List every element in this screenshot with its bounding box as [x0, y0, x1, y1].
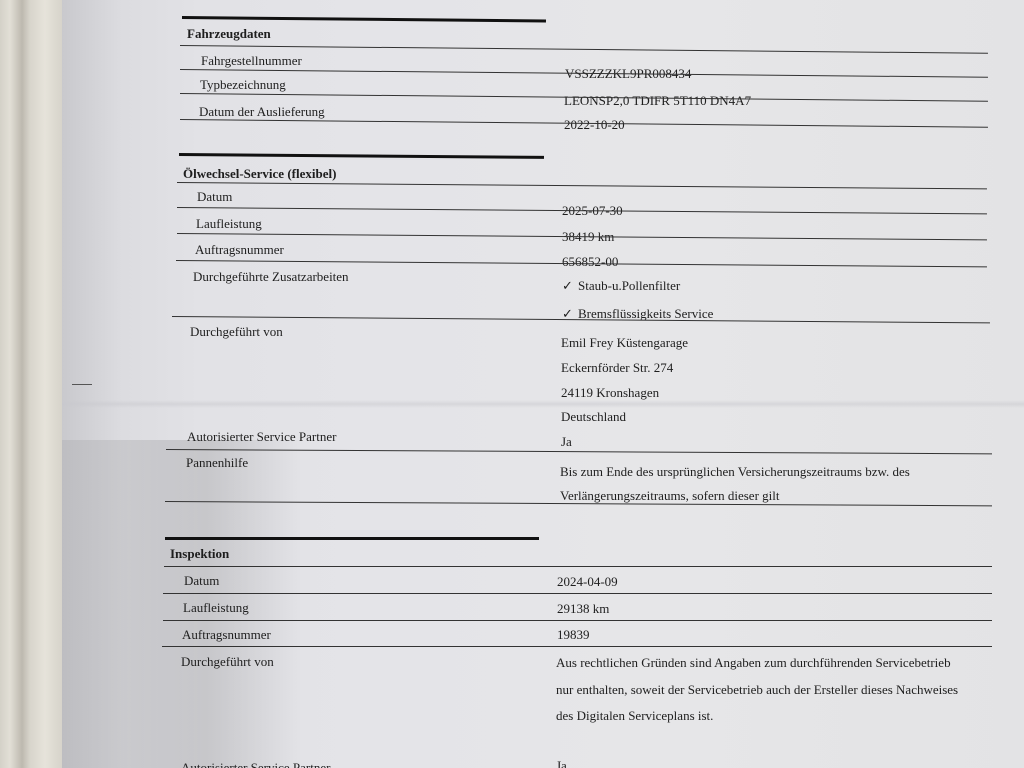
legal-notice-line3: des Digitalen Serviceplans ist.: [556, 708, 713, 724]
paper-fold: [62, 400, 1024, 408]
section-rule: [165, 537, 539, 540]
value-autorisierter-partner: Ja: [561, 434, 572, 450]
label-auftragsnummer: Auftragsnummer: [182, 627, 271, 643]
value-auftragsnummer: 19839: [557, 627, 590, 643]
extra-work-item: ✓Staub-u.Pollenfilter: [562, 278, 680, 294]
value-laufleistung: 29138 km: [557, 601, 609, 617]
value-autorisierter-partner: Ja: [556, 758, 567, 768]
label-laufleistung: Laufleistung: [196, 216, 262, 232]
extra-work-text: Staub-u.Pollenfilter: [578, 278, 680, 293]
label-typbezeichnung: Typbezeichnung: [200, 77, 286, 93]
check-icon: ✓: [562, 278, 578, 294]
label-datum-auslieferung: Datum der Auslieferung: [199, 104, 325, 120]
label-auftragsnummer: Auftragsnummer: [195, 242, 284, 258]
row-divider: [163, 593, 992, 594]
label-fahrgestellnummer: Fahrgestellnummer: [201, 53, 302, 69]
value-datum-auslieferung: 2022-10-20: [564, 117, 625, 133]
label-datum: Datum: [184, 573, 219, 589]
label-zusatzarbeiten: Durchgeführte Zusatzarbeiten: [193, 269, 349, 285]
background-frame: [0, 0, 70, 768]
label-pannenhilfe: Pannenhilfe: [186, 455, 248, 471]
dealer-name: Emil Frey Küstengarage: [561, 335, 688, 351]
shadow: [62, 440, 302, 768]
margin-mark: [72, 384, 92, 385]
value-auftragsnummer: 656852-00: [562, 254, 618, 270]
section-title: Ölwechsel-Service (flexibel): [183, 166, 336, 182]
value-pannenhilfe-line1: Bis zum Ende des ursprünglichen Versiche…: [560, 464, 910, 480]
row-divider: [162, 646, 992, 647]
dealer-street: Eckernförder Str. 274: [561, 360, 673, 376]
row-divider: [164, 566, 992, 567]
section-title: Inspektion: [170, 546, 229, 562]
label-datum: Datum: [197, 189, 232, 205]
label-durchgefuehrt-von: Durchgeführt von: [190, 324, 283, 340]
value-typbezeichnung: LEONSP2,0 TDIFR 5T110 DN4A7: [564, 93, 751, 109]
dealer-city: 24119 Kronshagen: [561, 385, 659, 401]
legal-notice-line2: nur enthalten, soweit der Servicebetrieb…: [556, 682, 958, 698]
value-pannenhilfe-line2: Verlängerungszeitraums, sofern dieser gi…: [560, 488, 779, 504]
label-autorisierter-partner: Autorisierter Service Partner: [181, 760, 330, 768]
label-autorisierter-partner: Autorisierter Service Partner: [187, 429, 336, 445]
dealer-country: Deutschland: [561, 409, 626, 425]
legal-notice-line1: Aus rechtlichen Gründen sind Angaben zum…: [556, 655, 951, 671]
label-laufleistung: Laufleistung: [183, 600, 249, 616]
section-title: Fahrzeugdaten: [187, 26, 271, 42]
row-divider: [163, 620, 992, 621]
value-datum: 2024-04-09: [557, 574, 618, 590]
label-durchgefuehrt-von: Durchgeführt von: [181, 654, 274, 670]
